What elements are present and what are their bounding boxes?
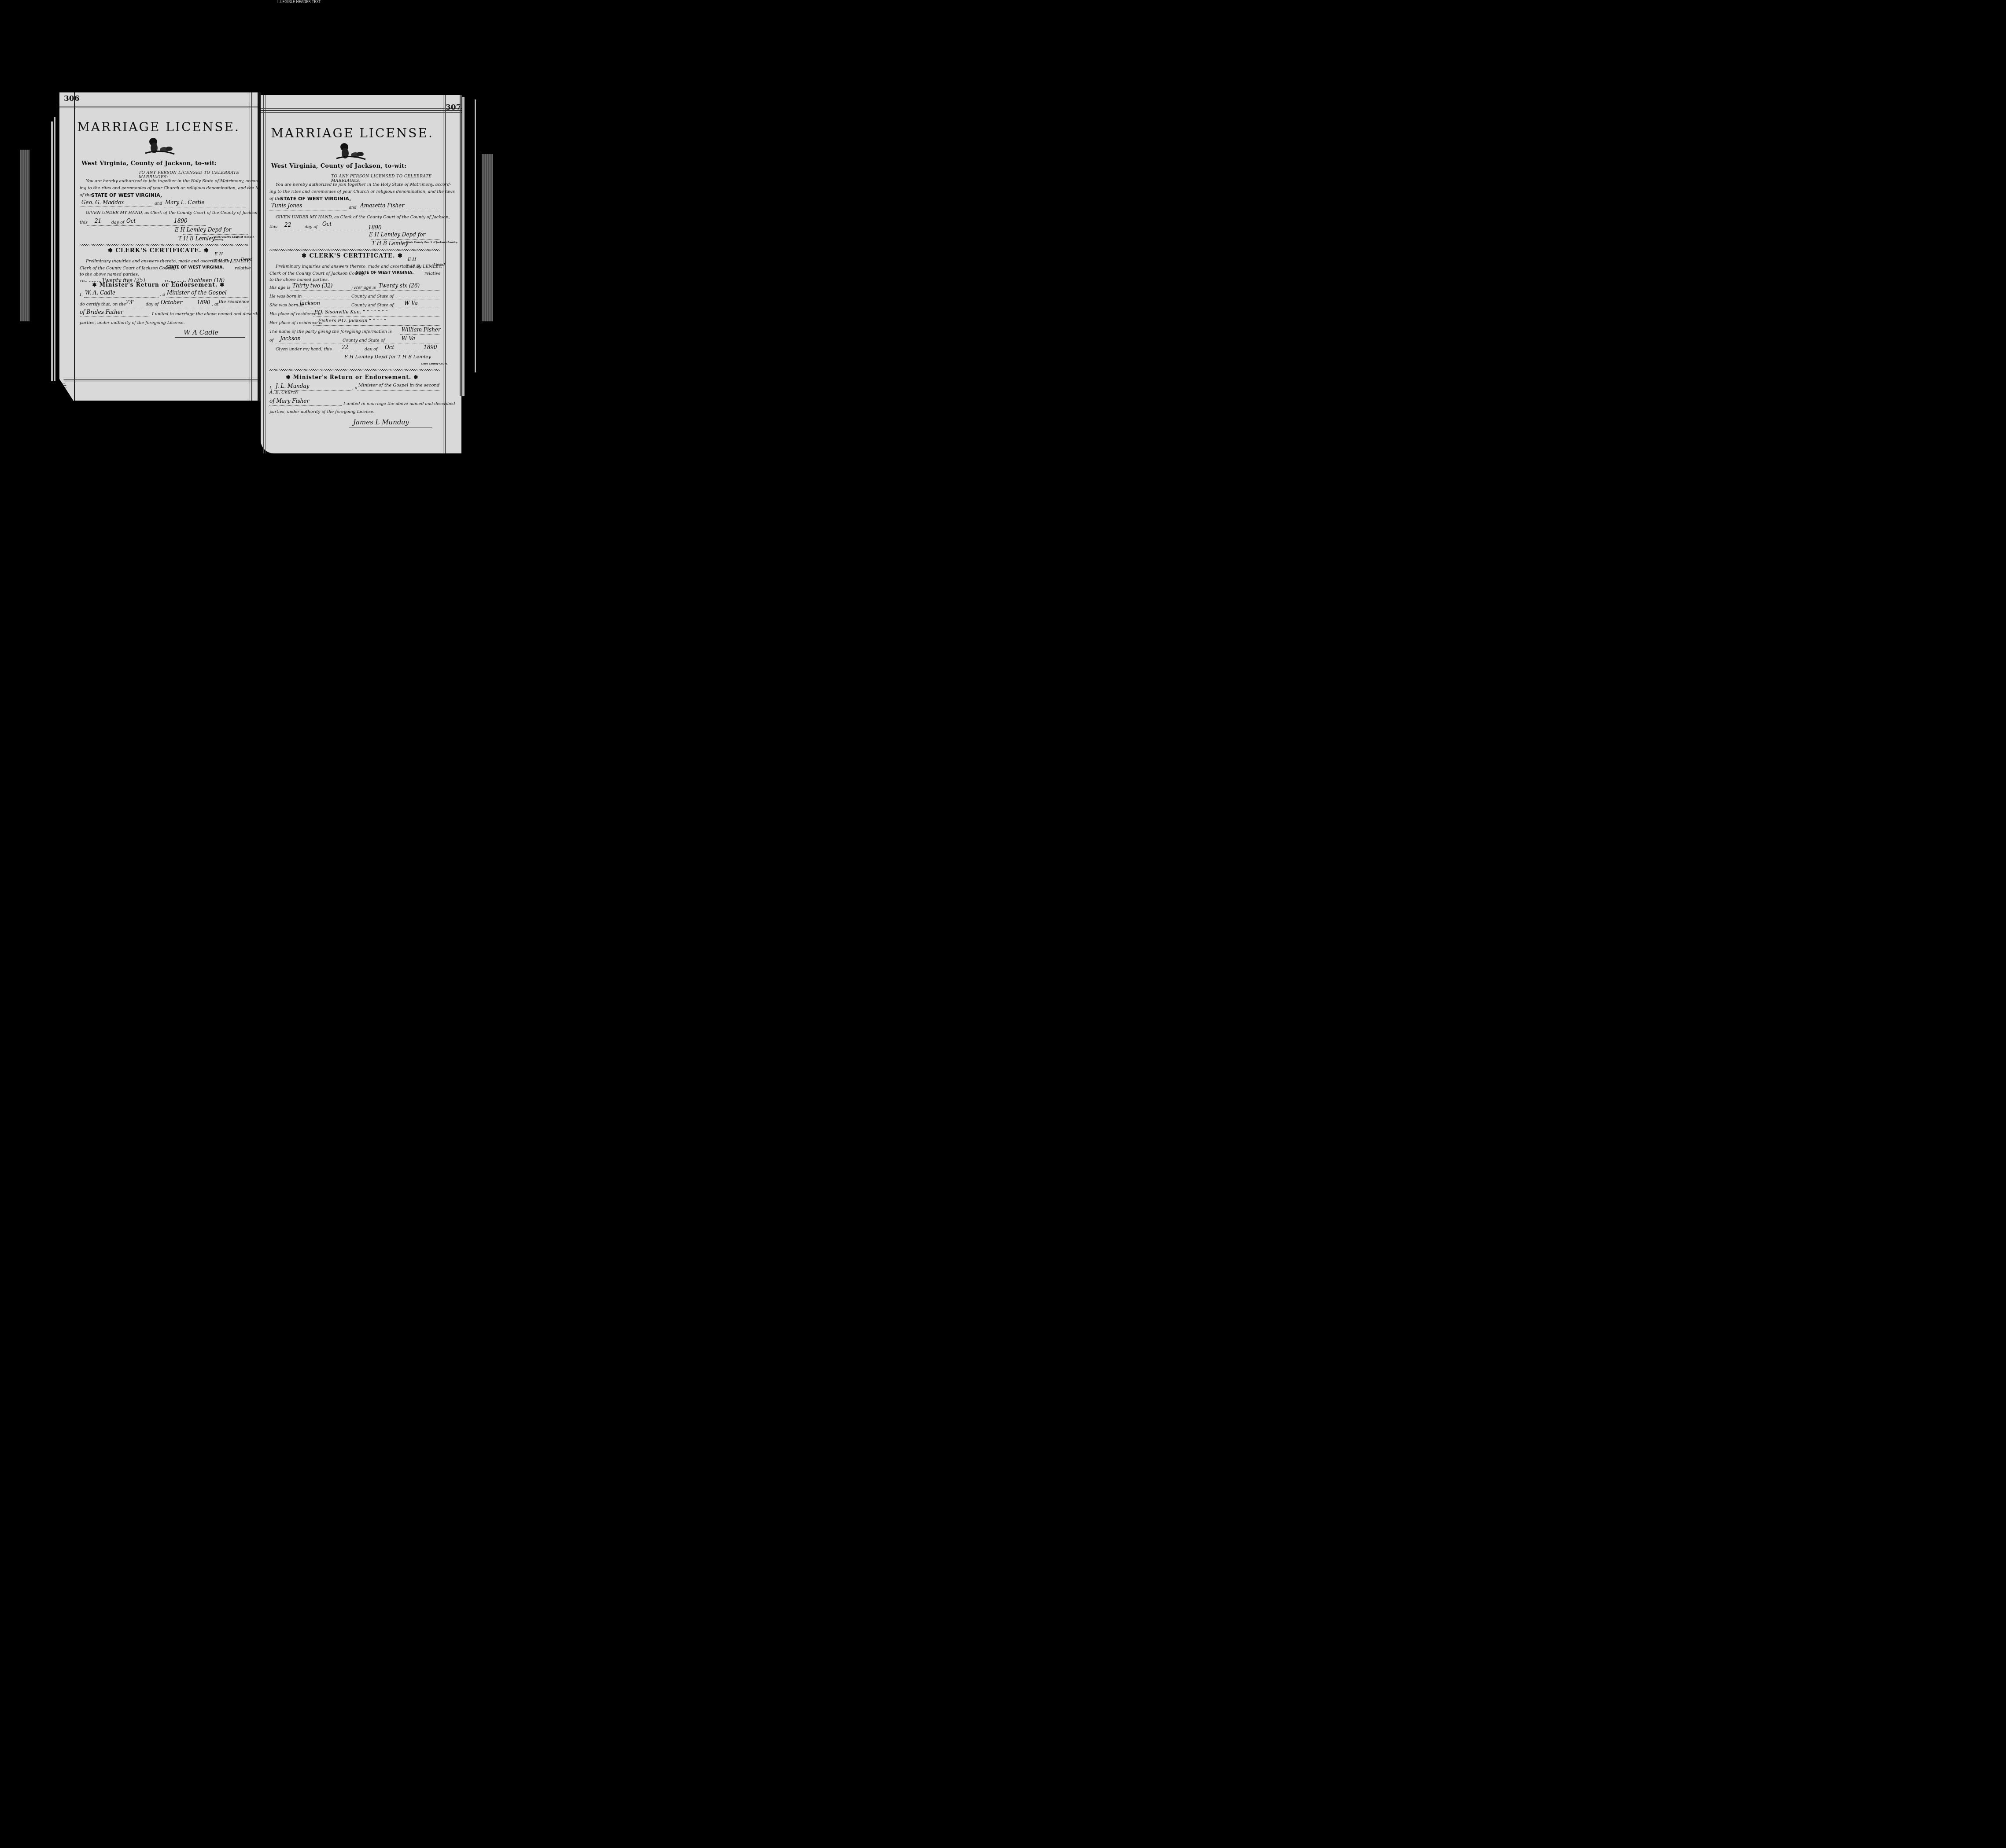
clerk-caption: Clerk County Court of Jackson County. xyxy=(214,236,258,241)
county-heading: West Virginia, County of Jackson, to-wit… xyxy=(81,160,217,167)
rosette-icon: ✽ xyxy=(220,282,225,288)
rosette-icon: ✽ xyxy=(413,374,418,380)
wavy-divider xyxy=(269,369,440,371)
cert-text: relative xyxy=(424,271,441,276)
location-2: of Mary Fisher xyxy=(269,398,309,404)
informant-state: W Va xyxy=(402,335,415,342)
fill-line xyxy=(277,230,400,230)
addressee: TO ANY PERSON LICENSED TO CELEBRATE MARR… xyxy=(139,171,258,180)
given-under-text: GIVEN UNDER MY HAND, as Clerk of the Cou… xyxy=(86,210,258,215)
page-title: MARRIAGE LICENSE. xyxy=(261,126,444,140)
at-label: , at xyxy=(404,396,411,397)
fill-line xyxy=(80,206,152,206)
fill-line xyxy=(276,343,440,343)
her-age-label: ; Her age is xyxy=(351,285,376,290)
rosette-icon: ✽ xyxy=(204,247,209,254)
section-title-text: CLERK'S CERTIFICATE. xyxy=(309,253,395,259)
rosette-icon: ✽ xyxy=(108,247,113,254)
book-cover-cloth-right xyxy=(482,154,493,321)
fill-line xyxy=(274,390,351,391)
section-title-text: CLERK'S CERTIFICATE. xyxy=(115,247,201,254)
page-number: 306 xyxy=(64,94,80,103)
day-of-label: day of xyxy=(111,220,124,225)
this-label: this xyxy=(269,225,277,229)
informant-name: William Fisher xyxy=(402,327,441,333)
authorization-text: You are hereby authorized to join togeth… xyxy=(86,179,258,184)
and-label: and xyxy=(155,201,162,206)
page-stack-edge-right xyxy=(475,99,476,372)
informant-county: Jackson xyxy=(280,335,301,342)
minister-return-title: ✽ Minister's Return or Endorsement. ✽ xyxy=(59,282,258,288)
clerk-signature: E H Lemley Depd for xyxy=(369,232,425,238)
his-residence: P.O. Sisonville Kan. " " " " " " " xyxy=(314,309,387,315)
margin-line xyxy=(443,95,443,401)
right-page-307-lower: do certify that, on the 22 day of Oct 18… xyxy=(261,396,461,462)
united-text: I united in marriage the above named and… xyxy=(343,401,455,406)
fill-line xyxy=(340,352,440,352)
fill-line xyxy=(313,317,440,317)
minister-role: Minister of the Gospel xyxy=(167,290,227,296)
license-month: Oct xyxy=(126,218,136,224)
license-day: 22 xyxy=(284,222,291,228)
he-born-label: He was born in xyxy=(269,294,302,299)
right-page-307: 307 MARRIAGE LICENSE. West Virginia, Cou… xyxy=(261,95,461,401)
groom-name: Tunis Jones xyxy=(271,202,302,209)
page-stack-edge-left xyxy=(51,121,53,381)
cupid-doves-vignette-icon xyxy=(336,141,366,161)
marriage-day: 23" xyxy=(125,299,135,306)
cert-signature: E H Lemley Depd for T H B Lemley xyxy=(344,354,431,360)
county-heading: West Virginia, County of Jackson, to-wit… xyxy=(271,163,406,169)
cert-text: to the above named parties. xyxy=(80,272,139,277)
fill-line xyxy=(313,325,440,326)
day-of-label: day of xyxy=(146,302,159,307)
header-rule xyxy=(261,108,461,113)
groom-name: Geo. G. Maddox xyxy=(81,199,124,206)
license-day: 21 xyxy=(95,218,101,224)
fill-line xyxy=(183,234,248,235)
fill-line xyxy=(296,308,440,308)
parties-text: parties, under authority of the foregoin… xyxy=(269,409,375,414)
signature-line xyxy=(175,337,245,338)
minister-signature: James L Munday xyxy=(353,418,409,426)
fill-line xyxy=(269,405,342,406)
fill-line xyxy=(358,390,440,391)
minister-name: J. L. Munday xyxy=(276,383,309,389)
fill-line xyxy=(269,210,347,210)
marriage-year: 1890 xyxy=(197,299,210,306)
authorization-prefix: of the xyxy=(80,193,92,198)
cert-clerk-suffix: Depd xyxy=(241,257,253,262)
rosette-icon: ✽ xyxy=(302,253,307,259)
margin-line xyxy=(263,95,264,401)
she-born-label: She was born in xyxy=(269,303,304,308)
parties-text: parties, under authority of the foregoin… xyxy=(80,320,185,325)
cert-state: STATE OF WEST VIRGINIA, xyxy=(166,265,224,270)
certify-label: do certify that, on the xyxy=(269,396,316,397)
county-state-label: County and State of xyxy=(351,303,394,308)
her-age: Twenty six (26) xyxy=(379,283,420,289)
authorization-text: ing to the rites and ceremonies of your … xyxy=(80,186,258,191)
minister-prefix: I, xyxy=(80,292,83,297)
minister-role-prefix: , a xyxy=(352,386,358,390)
page-stack-edge-left-2 xyxy=(54,117,55,381)
minister-role: Minister of the Gospel in the second xyxy=(358,383,439,388)
cert-day: 22 xyxy=(342,344,348,350)
top-header-artifact: ILLEGIBLE HEADER TEXT xyxy=(277,0,379,4)
fill-line xyxy=(124,307,247,307)
clerks-certificate-title: ✽ CLERK'S CERTIFICATE. ✽ xyxy=(59,247,258,254)
book-cover-cloth-left xyxy=(20,150,29,321)
clerk-signature-2: T H B Lemley xyxy=(372,240,408,247)
margin-line xyxy=(250,282,250,401)
footer-rule xyxy=(59,378,258,382)
informant-label: The name of the party giving the foregoi… xyxy=(269,329,392,334)
this-label: this xyxy=(80,220,88,225)
fill-line xyxy=(358,211,440,211)
minister-signature: W A Cadle xyxy=(184,328,218,336)
minister-return-title: ✽ Minister's Return or Endorsement. ✽ xyxy=(261,374,444,380)
minister-name: W. A. Cadle xyxy=(85,290,115,296)
her-residence: " Fishers P.O. Jackson " " " " " xyxy=(314,318,386,324)
united-text: I united in marriage the above named and… xyxy=(152,312,258,317)
his-residence-label: His place of residence is xyxy=(269,312,321,317)
margin-line xyxy=(76,282,76,401)
clerk-correction: E H xyxy=(214,252,223,257)
she-born-county: Jackson xyxy=(299,300,320,306)
his-age: Thirty two (32) xyxy=(292,283,333,289)
given-under-text: GIVEN UNDER MY HAND, as Clerk of the Cou… xyxy=(276,215,450,220)
certify-label: do certify that, on the xyxy=(80,302,126,307)
given-hand-label: Given under my hand, this xyxy=(276,347,332,352)
margin-line xyxy=(74,282,75,401)
rosette-icon: ✽ xyxy=(92,282,97,288)
cert-text: Preliminary inquiries and answers theret… xyxy=(86,259,232,264)
cert-text: Clerk of the County Court of Jackson Cou… xyxy=(80,266,175,271)
cert-state: STATE OF WEST VIRGINIA, xyxy=(356,271,414,275)
left-page-306-lower: ✽ Minister's Return or Endorsement. ✽ I,… xyxy=(59,282,258,401)
clerk-signature: E H Lemley Depd for xyxy=(175,227,231,233)
she-born-state: W Va xyxy=(404,300,418,306)
marriage-month: October xyxy=(161,299,182,306)
day-of-label: day of xyxy=(365,347,377,352)
rosette-icon: ✽ xyxy=(398,253,403,259)
cert-text: Preliminary inquiries and answers theret… xyxy=(276,264,421,269)
minister-role-prefix: , a xyxy=(160,292,165,297)
fill-line xyxy=(87,225,206,226)
rosette-icon: ✽ xyxy=(286,374,291,380)
cert-month: Oct xyxy=(385,344,394,350)
location-1: the residence xyxy=(219,299,249,304)
margin-line xyxy=(263,396,264,453)
state-name: STATE OF WEST VIRGINIA, xyxy=(91,192,162,198)
cert-clerk-suffix: Depd xyxy=(433,262,445,267)
fill-line xyxy=(80,317,150,317)
wavy-divider xyxy=(80,244,248,246)
clerk-correction: E H xyxy=(408,257,416,262)
fill-line xyxy=(84,297,159,298)
fill-line xyxy=(371,239,440,240)
cert-text: to the above named parties. xyxy=(269,277,329,282)
wavy-divider xyxy=(269,249,440,251)
section-title-text: Minister's Return or Endorsement. xyxy=(100,282,218,288)
page-border xyxy=(460,95,461,401)
section-title-text: Minister's Return or Endorsement. xyxy=(293,374,411,380)
fill-line xyxy=(400,334,440,335)
at-label: , at xyxy=(212,302,219,307)
cert-year: 1890 xyxy=(424,344,437,350)
cert-text: relative xyxy=(235,266,251,271)
and-label: and xyxy=(349,205,357,210)
header-rule xyxy=(59,105,258,109)
cert-text: Clerk of the County Court of Jackson Cou… xyxy=(269,271,365,276)
fill-line xyxy=(291,290,440,291)
location-2: of Brides Father xyxy=(80,309,123,315)
license-year: 1890 xyxy=(174,218,188,224)
authorization-text: You are hereby authorized to join togeth… xyxy=(276,182,451,187)
fill-line xyxy=(296,299,440,299)
day-of-label: day of xyxy=(305,225,317,229)
fill-line xyxy=(164,207,246,207)
page-number: 307 xyxy=(446,103,461,112)
clerks-certificate-title: ✽ CLERK'S CERTIFICATE. ✽ xyxy=(261,253,444,259)
county-state-label: County and State of xyxy=(351,294,394,299)
clerk-signature-2: T H B Lemley xyxy=(178,236,215,242)
margin-line xyxy=(265,396,265,453)
page-stack-edge-right-2 xyxy=(462,97,465,396)
fill-line xyxy=(166,297,247,298)
margin-line xyxy=(251,282,252,401)
cupid-doves-vignette-icon xyxy=(144,136,175,156)
license-month: Oct xyxy=(322,221,332,227)
state-name: STATE OF WEST VIRGINIA, xyxy=(280,196,351,202)
margin-line xyxy=(445,95,446,401)
county-state-label: County and State of xyxy=(343,338,385,343)
cert-caption: Clerk County Court. xyxy=(421,363,448,365)
bride-name: Amazetta Fisher xyxy=(360,202,404,209)
day-of-label: day of xyxy=(336,396,348,397)
margin-line xyxy=(265,95,265,401)
of-label: of xyxy=(269,338,273,343)
signature-line xyxy=(349,427,432,427)
bride-name: Mary L. Castle xyxy=(165,199,205,206)
his-age-label: His age is xyxy=(269,285,291,290)
page-title: MARRIAGE LICENSE. xyxy=(59,120,258,134)
clerk-caption: Clerk County Court of Jackson County. xyxy=(406,241,458,244)
authorization-text: ing to the rites and ceremonies of your … xyxy=(269,189,455,194)
addressee: TO ANY PERSON LICENSED TO CELEBRATE MARR… xyxy=(331,174,461,183)
